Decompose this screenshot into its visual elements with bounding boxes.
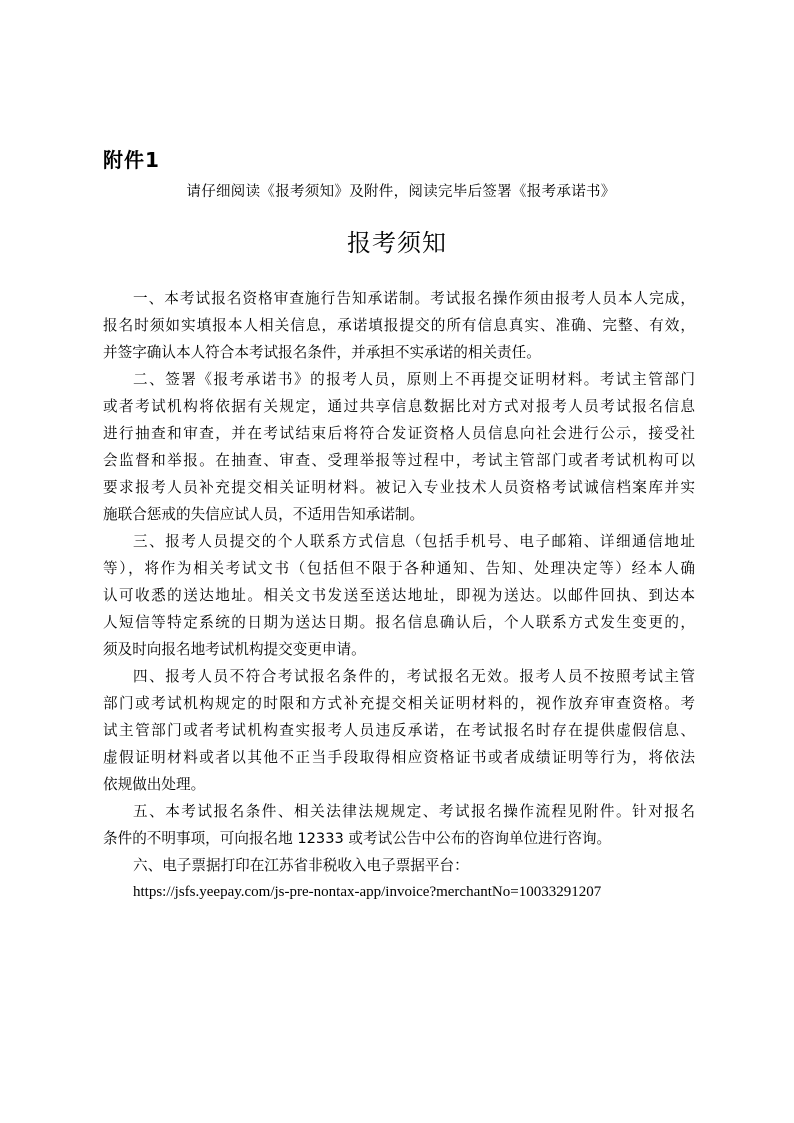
paragraph-2: 二、签署《报考承诺书》的报考人员，原则上不再提交证明材料。考试主管部门 或者考试… <box>103 366 695 528</box>
paragraph-6: 六、电子票据打印在江苏省非税收入电子票据平台： https://jsfs.yee… <box>103 852 695 906</box>
paragraph-line: 虚假证明材料或者以其他不正当手段取得相应资格证书或者成绩证明等行为，将依法 <box>103 744 695 771</box>
paragraph-line: 报名时须如实填报本人相关信息，承诺填报提交的所有信息真实、准确、完整、有效， <box>103 312 695 339</box>
paragraph-line: 须及时向报名地考试机构提交变更申请。 <box>103 636 695 663</box>
notice-body: 一、本考试报名资格审查施行告知承诺制。考试报名操作须由报考人员本人完成， 报名时… <box>103 285 695 906</box>
paragraph-line: 并签字确认本人符合本考试报名条件，并承担不实承诺的相关责任。 <box>103 339 695 366</box>
e-invoice-platform-link[interactable]: https://jsfs.yeepay.com/js-pre-nontax-ap… <box>103 879 695 906</box>
paragraph-line: 六、电子票据打印在江苏省非税收入电子票据平台： <box>103 852 695 879</box>
paragraph-line: 二、签署《报考承诺书》的报考人员，原则上不再提交证明材料。考试主管部门 <box>103 366 695 393</box>
paragraph-line: 试主管部门或者考试机构查实报考人员违反承诺，在考试报名时存在提供虚假信息、 <box>103 717 695 744</box>
paragraph-line: 人短信等特定系统的日期为送达日期。报名信息确认后，个人联系方式发生变更的， <box>103 609 695 636</box>
paragraph-line: 施联合惩戒的失信应试人员，不适用告知承诺制。 <box>103 501 695 528</box>
paragraph-line: 三、报考人员提交的个人联系方式信息（包括手机号、电子邮箱、详细通信地址 <box>103 528 695 555</box>
paragraph-5: 五、本考试报名条件、相关法律法规规定、考试报名操作流程见附件。针对报名 条件的不… <box>103 798 695 852</box>
paragraph-line: 等），将作为相关考试文书（包括但不限于各种通知、告知、处理决定等）经本人确 <box>103 555 695 582</box>
paragraph-line: 会监督和举报。在抽查、审查、受理举报等过程中，考试主管部门或者考试机构可以 <box>103 447 695 474</box>
paragraph-line: 条件的不明事项，可向报名地 12333 或考试公告中公布的咨询单位进行咨询。 <box>103 825 695 852</box>
paragraph-line: 认可收悉的送达地址。相关文书发送至送达地址，即视为送达。以邮件回执、到达本 <box>103 582 695 609</box>
paragraph-line: 依规做出处理。 <box>103 771 695 798</box>
paragraph-1: 一、本考试报名资格审查施行告知承诺制。考试报名操作须由报考人员本人完成， 报名时… <box>103 285 695 366</box>
reading-instruction: 请仔细阅读《报考须知》及附件，阅读完毕后签署《报考承诺书》 <box>0 182 794 202</box>
paragraph-line: 要求报考人员补充提交相关证明材料。被记入专业技术人员资格考试诚信档案库并实 <box>103 474 695 501</box>
paragraph-3: 三、报考人员提交的个人联系方式信息（包括手机号、电子邮箱、详细通信地址 等），将… <box>103 528 695 663</box>
paragraph-4: 四、报考人员不符合考试报名条件的，考试报名无效。报考人员不按照考试主管 部门或考… <box>103 663 695 798</box>
attachment-label: 附件1 <box>103 147 160 173</box>
paragraph-line: 进行抽查和审查，并在考试结束后将符合发证资格人员信息向社会进行公示，接受社 <box>103 420 695 447</box>
paragraph-line: 一、本考试报名资格审查施行告知承诺制。考试报名操作须由报考人员本人完成， <box>103 285 695 312</box>
paragraph-line: 部门或考试机构规定的时限和方式补充提交相关证明材料的，视作放弃审查资格。考 <box>103 690 695 717</box>
document-page: 附件1 请仔细阅读《报考须知》及附件，阅读完毕后签署《报考承诺书》 报考须知 一… <box>0 0 794 1123</box>
page-title: 报考须知 <box>0 226 794 260</box>
paragraph-line: 四、报考人员不符合考试报名条件的，考试报名无效。报考人员不按照考试主管 <box>103 663 695 690</box>
paragraph-line: 或者考试机构将依据有关规定，通过共享信息数据比对方式对报考人员考试报名信息 <box>103 393 695 420</box>
paragraph-line: 五、本考试报名条件、相关法律法规规定、考试报名操作流程见附件。针对报名 <box>103 798 695 825</box>
